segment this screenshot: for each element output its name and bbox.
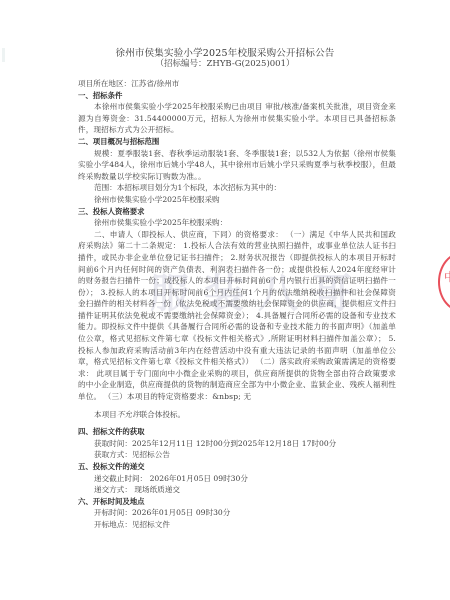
acquisition-method: 获取方式：见招标公告	[78, 449, 396, 461]
document-body: 项目所在地区：江苏省/徐州市 一、招标条件 本徐州市侯集实验小学2025年校服采…	[78, 78, 396, 531]
document-page: 徐州市侯集实验小学2025年校服采购公开招标公告 （招标编号：ZHYB-G(20…	[0, 0, 450, 600]
qualification-requirements-text: 二、申请人（即投标人、供应商，下同）的资格要求： （一）满足《中华人民共和国政府…	[78, 229, 396, 403]
project-scale-text: 规模：夏季服装1套、春秋季运动服装1套、冬季服装1套；以532人为依据（徐州市侯…	[78, 148, 396, 183]
section-heading-bid-opening: 六、开标时间及地点	[78, 496, 396, 508]
consortium-note-emphasis: 不允许	[117, 410, 140, 419]
section-heading-bidder-qualifications: 三、投标人资格要求	[78, 206, 396, 218]
section-heading-tender-conditions: 一、招标条件	[78, 90, 396, 102]
tender-conditions-text: 本徐州市侯集实验小学2025年校服采购已由项目 审批/核准/备案机关批准，项目资…	[78, 101, 396, 136]
consortium-note: 本项目不允许联合体投标。	[78, 409, 396, 421]
tender-number: （招标编号：ZHYB-G(2025)001）	[0, 57, 450, 69]
paragraph: 本徐州市侯集实验小学2025年校服采购已由项目 审批/核准/备案机关批准，项目资…	[78, 102, 396, 134]
qualification-lot-name: 徐州市侯集实验小学2025年校服采购：	[78, 217, 396, 229]
consortium-note-suffix: 联合体投标。	[140, 410, 186, 419]
section-heading-project-overview: 二、项目概况与招标范围	[78, 136, 396, 148]
section-heading-bid-submission: 五、投标文件的递交	[78, 461, 396, 473]
submission-deadline: 递交截止时间： 2026年01月05日 09时30分	[78, 473, 396, 485]
paragraph: 规模：夏季服装1套、春秋季运动服装1套、冬季服装1套；以532人为依据（徐州市侯…	[78, 149, 396, 181]
opening-time: 开标时间：2026年01月05日 09时30分	[78, 507, 396, 519]
lot-name: 徐州市侯集实验小学2025年校服采购	[78, 194, 396, 206]
acquisition-time: 获取时间：2025年12月11日 12时00分到2025年12月18日 17时0…	[78, 438, 396, 450]
project-scope-text: 范围：本招标项目划分为1个标段，本次招标为其中的：	[78, 182, 396, 194]
submission-method: 递交方式： 现场纸质递交	[78, 484, 396, 496]
consortium-note-prefix: 本项目	[94, 410, 117, 419]
section-heading-document-acquisition: 四、招标文件的获取	[78, 426, 396, 438]
opening-location: 开标地点：见招标文件	[78, 519, 396, 531]
project-region: 项目所在地区：江苏省/徐州市	[78, 78, 396, 90]
seal-glyph: 中	[444, 268, 450, 285]
paragraph: 二、申请人（即投标人、供应商，下同）的资格要求： （一）满足《中华人民共和国政府…	[78, 230, 396, 401]
